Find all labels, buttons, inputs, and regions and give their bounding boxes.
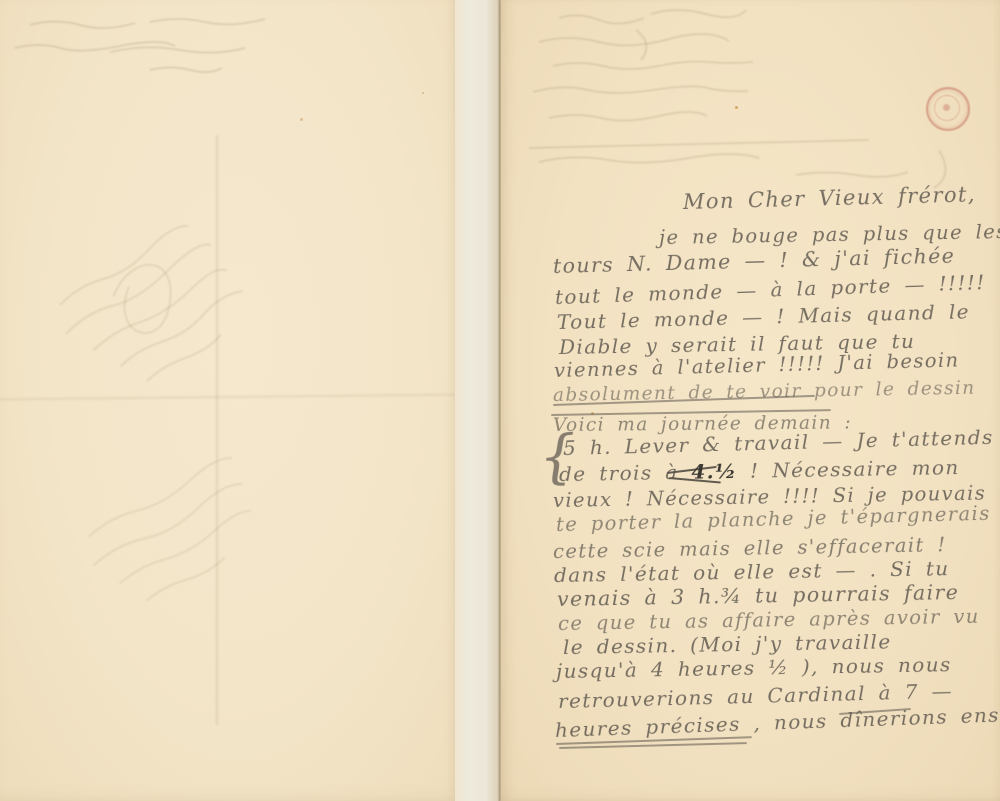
handwritten-line: Mon Cher Vieux frérot, [683,184,976,213]
handwritten-line: tours N. Dame — ! & j'ai fichée [553,245,956,276]
bleedthrough-writing-right [501,0,1000,200]
center-fold [455,0,500,801]
stamp-center [943,104,950,111]
left-page [0,0,455,801]
foxing-speck [422,92,424,94]
line-segment: ! Nécessaire mon [737,455,960,483]
handwritten-line: ce que tu as affaire après avoir vu [558,607,980,634]
handwritten-line: de trois à 4.½ ! Nécessaire mon [559,457,960,484]
fold-crease-vertical [216,135,218,725]
line-segment: de trois à [559,460,692,486]
foxing-speck [735,106,738,109]
handwritten-line: jusqu'à 4 heures ½ ), nous nous [556,654,952,681]
right-page: Mon Cher Vieux frérot, je ne bouge pas p… [501,0,1000,801]
red-ink-stamp [926,87,970,131]
overwritten-time: 4.½ [691,459,737,484]
foxing-speck [300,118,303,121]
bleedthrough-writing-left [0,0,455,801]
letter-scan: Mon Cher Vieux frérot, je ne bouge pas p… [0,0,1000,801]
